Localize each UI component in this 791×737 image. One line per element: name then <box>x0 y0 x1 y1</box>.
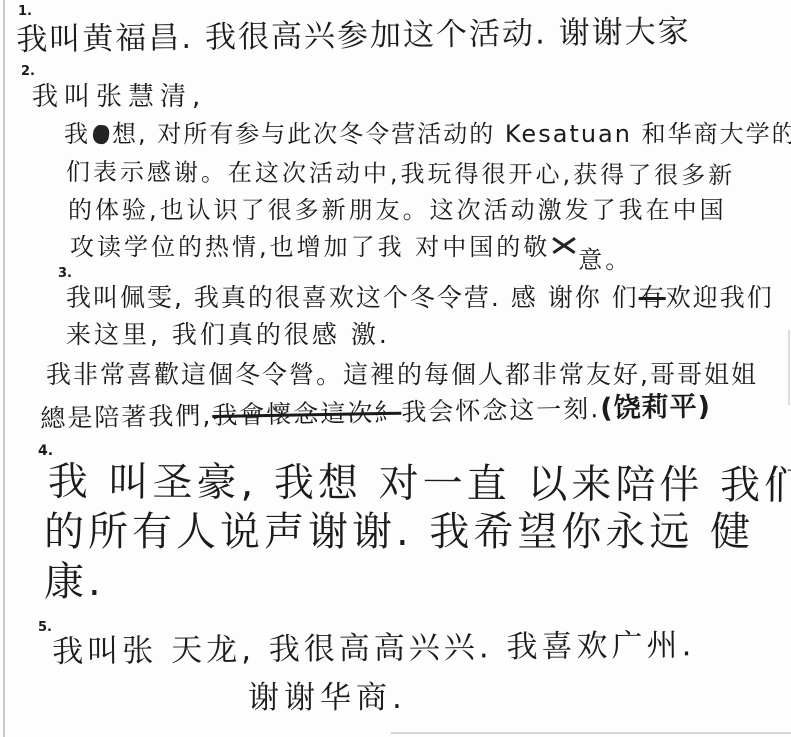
strikethrough-text: 我會懷念這次糹 <box>212 398 401 430</box>
entry-5-line-1: 我叫张 天龙, 我很高高兴兴. 我喜欢广州. <box>52 619 696 671</box>
entry-2-paragraph-line-2: 们表示感谢。在这次活动中,我玩得很开心,获得了很多新 <box>66 152 735 191</box>
scan-edge-left <box>3 0 5 737</box>
crossout-x-mark <box>552 235 576 257</box>
traditional-note-line-2: 總是陪著我們,我會懷念這次糹我会怀念这一刻.(饶莉平) <box>40 384 711 435</box>
entry-2-line1-rest: 想, 对所有参与此次冬令营活动的 Kesatuan 和华商大学的人 <box>112 120 791 148</box>
ink-blot <box>92 124 110 145</box>
entry-2-line4-start: 攻读学位的热情,也增加了我 对中国的敬 <box>70 233 550 261</box>
entry-5-number: 5. <box>38 620 52 635</box>
entry-2-paragraph-line-4: 攻读学位的热情,也增加了我 对中国的敬意。 <box>70 227 632 262</box>
strikethrough-text: 有 <box>639 283 666 312</box>
entry-5-line-2: 谢谢华商. <box>248 672 407 717</box>
scanned-note-sheet: 1. 我叫黄福昌. 我很高兴参加这个活动. 谢谢大家 2. 我叫张慧清, 我想,… <box>0 0 791 737</box>
entry-3-line-1: 我叫佩雯, 我真的很喜欢这个冬令营. 感 谢你 们有欢迎我们 <box>66 278 774 314</box>
entry-2-paragraph-line-3: 的体验,也认识了很多新朋友。这次活动激发了我在中国 <box>68 190 727 225</box>
traditional-note-line2-start: 總是陪著我們, <box>40 401 212 433</box>
entry-4-line-3: 康. <box>44 550 105 607</box>
entry-3-line1-rest: 欢迎我们 <box>666 283 774 312</box>
entry-2-line1-start: 我 <box>64 120 90 148</box>
traditional-note-line2-rest: 我会怀念这一刻. <box>401 394 600 426</box>
entry-2-name-line: 我叫张慧清, <box>32 76 206 113</box>
signature-name: (饶莉平) <box>600 391 711 424</box>
entry-1-text: 我叫黄福昌. 我很高兴参加这个活动. 谢谢大家 <box>16 6 691 59</box>
entry-3-line-2: 来这里, 我们真的很感 激. <box>66 315 390 351</box>
entry-3-line1-start: 我叫佩雯, 我真的很喜欢这个冬令营. 感 谢你 们 <box>66 283 639 312</box>
entry-2-paragraph-line-1: 我想, 对所有参与此次冬令营活动的 Kesatuan 和华商大学的人 <box>64 114 791 149</box>
scan-edge-right <box>788 330 790 405</box>
scan-edge-bottom <box>391 732 791 734</box>
entry-4-line-2: 的所有人说声谢谢. 我希望你永远 健 <box>44 500 754 557</box>
entry-2-line4-end: 意。 <box>578 240 632 275</box>
